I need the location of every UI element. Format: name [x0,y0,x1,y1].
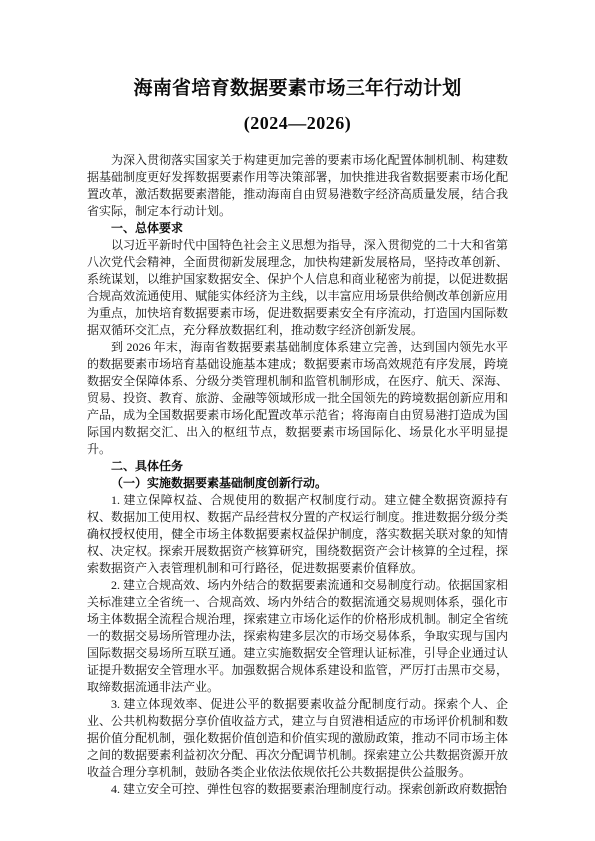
para-task-3-income-distribution: 3. 建立体现效率、促进公平的数据要素收益分配制度行动。探索个人、企业、公共机构… [87,696,508,781]
document-page: 海南省培育数据要素市场三年行动计划 (2024—2026) 为深入贯彻落实国家关… [0,0,595,841]
para-task-4-governance: 4. 建立安全可控、弹性包容的数据要素治理制度行动。探索创新政府数据治 [87,781,508,798]
subsection-heading-basic-system-innovation: （一）实施数据要素基础制度创新行动。 [87,475,508,492]
section-heading-overall-requirements: 一、总体要求 [87,220,508,237]
page-subtitle: (2024—2026) [87,110,508,136]
page-title: 海南省培育数据要素市场三年行动计划 [87,76,508,102]
section-heading-specific-tasks: 二、具体任务 [87,458,508,475]
para-task-2-circulation-trading: 2. 建立合规高效、场内外结合的数据要素流通和交易制度行动。依据国家相关标准建立… [87,577,508,696]
para-2026-goals: 到 2026 年末，海南省数据要素基础制度体系建立完善，达到国内领先水平的数据要… [87,339,508,458]
para-task-1-data-property-rights: 1. 建立保障权益、合规使用的数据产权制度行动。建立健全数据资源持有权、数据加工… [87,492,508,577]
paragraph-intro: 为深入贯彻落实国家关于构建更加完善的要素市场化配置体制机制、构建数据基础制度更好… [87,152,508,220]
page-number: –1– [486,777,507,791]
document-content: 海南省培育数据要素市场三年行动计划 (2024—2026) 为深入贯彻落实国家关… [87,76,508,798]
para-guiding-ideology: 以习近平新时代中国特色社会主义思想为指导，深入贯彻党的二十大和省第八次党代会精神… [87,237,508,339]
